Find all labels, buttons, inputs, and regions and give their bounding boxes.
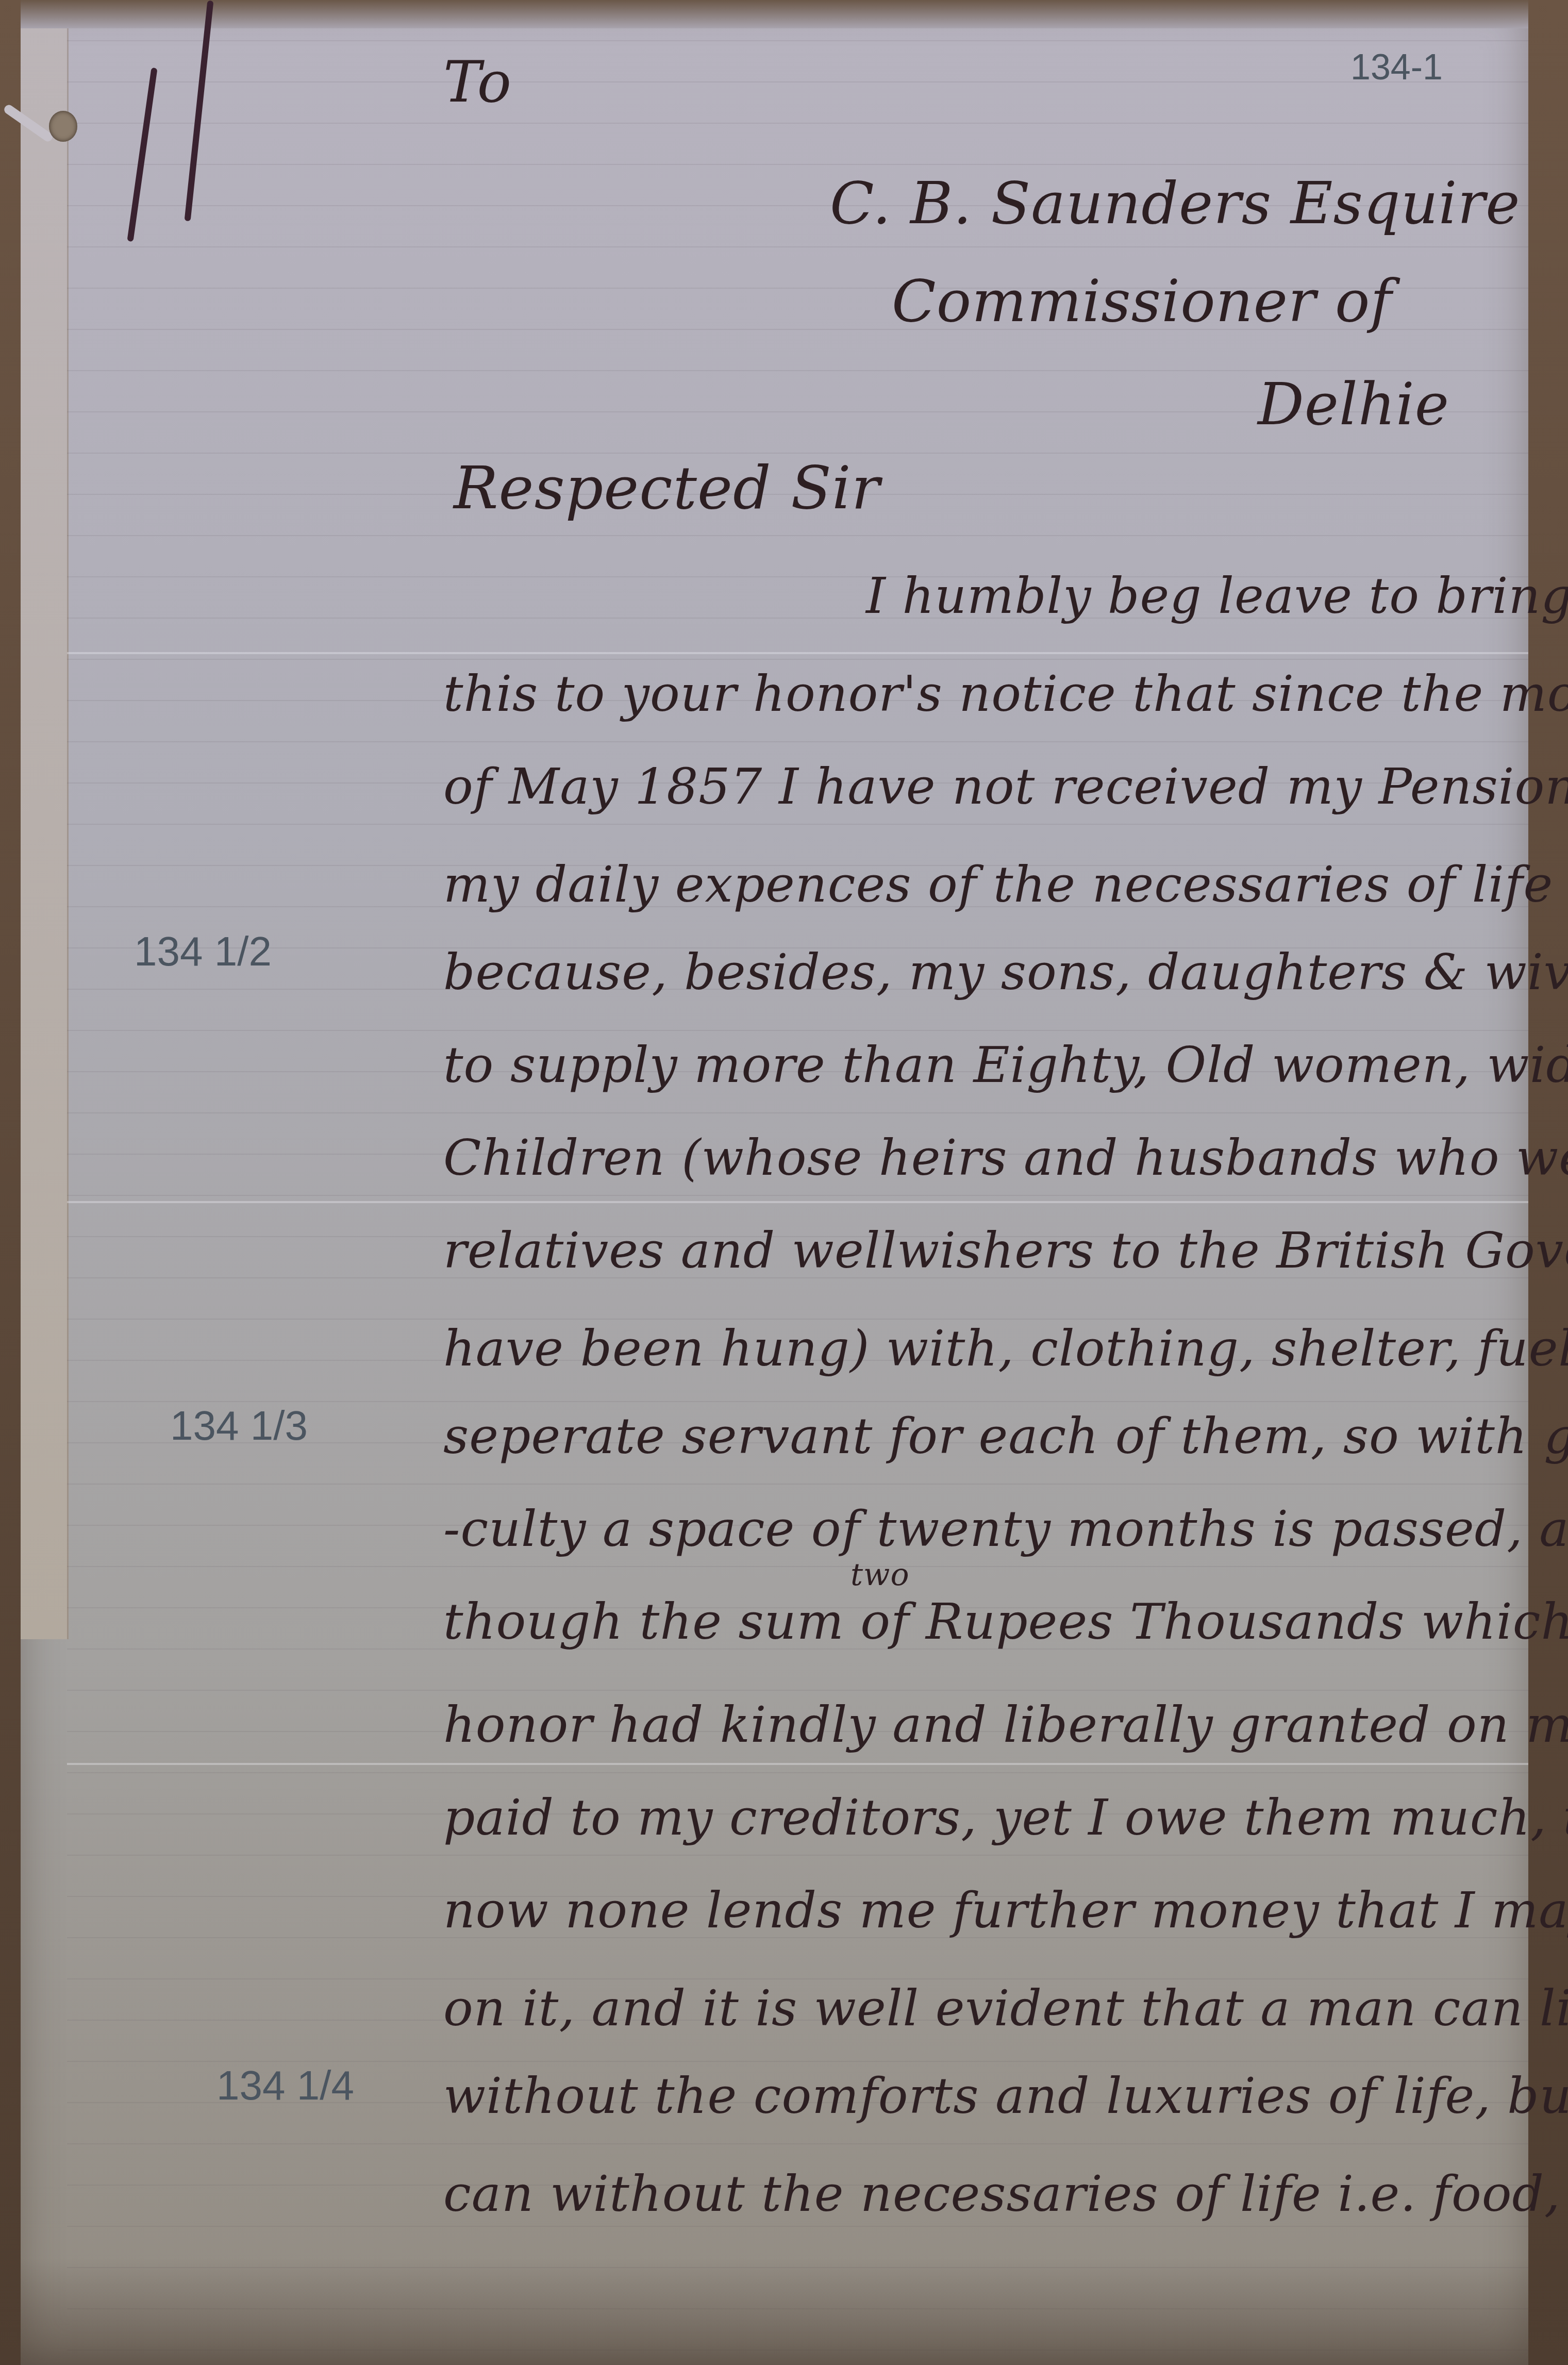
- body-line: my daily expences of the necessaries of …: [443, 856, 1484, 913]
- margin-note: 134 1/3: [170, 1402, 308, 1450]
- body-line: now none lends me further money that I m…: [443, 1881, 1484, 1939]
- body-line: honor had kindly and liberally granted o…: [443, 1696, 1484, 1754]
- fold-line: [67, 652, 1528, 654]
- body-line: paid to my creditors, yet I owe them muc…: [443, 1789, 1484, 1846]
- body-line: on it, and it is well evident that a man…: [443, 1979, 1484, 2037]
- reference-number: 134-1: [1350, 46, 1443, 88]
- addressee-title: Commissioner of: [892, 268, 1392, 335]
- body-line: of May 1857 I have not received my Pensi…: [443, 758, 1484, 815]
- margin-note: 134 1/2: [134, 928, 272, 975]
- body-line: I humbly beg leave to bring: [866, 567, 1568, 625]
- body-line: -culty a space of twenty months is passe…: [443, 1500, 1484, 1558]
- body-line: seperate servant for each of them, so wi…: [443, 1407, 1484, 1465]
- greeting: Respected Sir: [454, 454, 880, 523]
- body-line: Children (whose heirs and husbands who w…: [443, 1129, 1484, 1187]
- body-line: though the sum of Rupees Thousands which…: [443, 1593, 1484, 1651]
- bottom-shadow: [21, 2258, 1528, 2365]
- fold-line: [67, 1763, 1528, 1765]
- body-line: this to your honor's notice that since t…: [443, 665, 1484, 723]
- paper-left-strip: [21, 0, 69, 1639]
- body-line: relatives and wellwishers to the British…: [443, 1222, 1484, 1279]
- margin-note: 134 1/4: [216, 2062, 354, 2109]
- interlinear-insertion: two: [850, 1557, 910, 1593]
- body-line: have been hung) with, clothing, shelter,…: [443, 1320, 1484, 1377]
- punch-hole: [49, 111, 77, 142]
- fold-line: [67, 1201, 1528, 1203]
- addressee-name: C. B. Saunders Esquire: [830, 170, 1520, 237]
- addressee-place: Delhie: [1258, 371, 1449, 438]
- body-line: to supply more than Eighty, Old women, w…: [443, 1036, 1484, 1094]
- body-line: because, besides, my sons, daughters & w…: [443, 943, 1484, 1001]
- salutation-to: To: [443, 49, 512, 115]
- body-line: without the comforts and luxuries of lif…: [443, 2067, 1484, 2125]
- body-line: can without the necessaries of life i.e.…: [443, 2165, 1484, 2223]
